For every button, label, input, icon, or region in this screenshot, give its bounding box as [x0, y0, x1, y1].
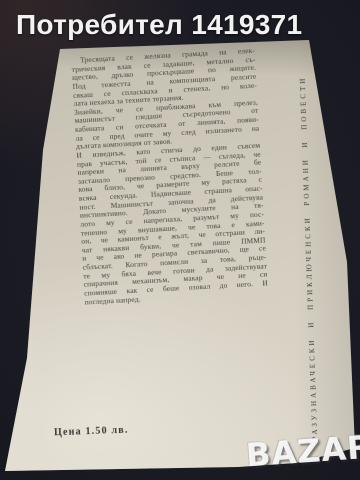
- bazar-watermark: BAZAR: [245, 428, 360, 475]
- listing-photo: Тресящата се желязна грамада на елек-три…: [0, 0, 360, 480]
- book-excerpt: Тресящата се желязна грамада на елек-три…: [71, 47, 269, 307]
- username-overlay: Потребител 1419371: [16, 9, 302, 41]
